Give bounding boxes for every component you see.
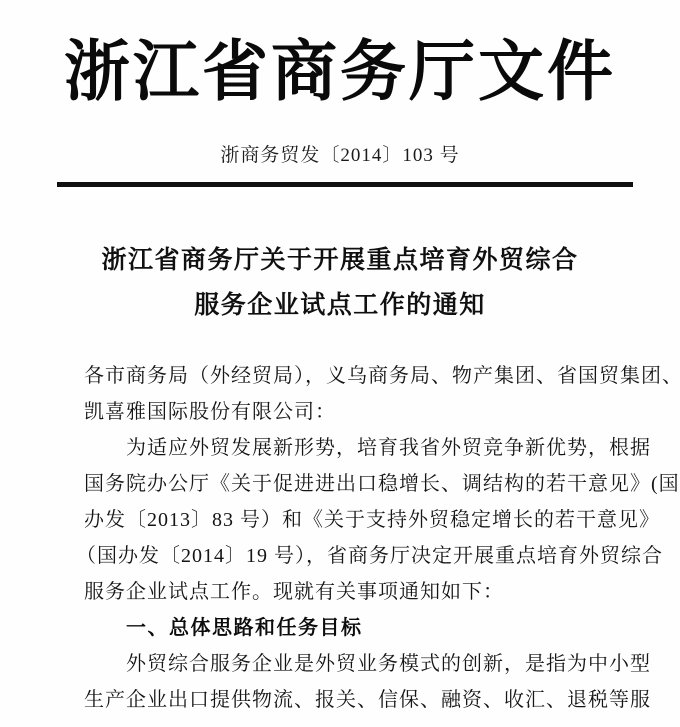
document-title-line-2: 服务企业试点工作的通知 xyxy=(0,283,680,328)
body-line-paragraph1-4: （国办发〔2014〕19 号），省商务厅决定开展重点培育外贸综合 xyxy=(76,538,636,574)
body-line-paragraph1-5: 服务企业试点工作。现就有关事项通知如下： xyxy=(84,574,636,610)
document-title: 浙江省商务厅关于开展重点培育外贸综合 服务企业试点工作的通知 xyxy=(0,238,680,328)
body-section-heading-1: 一、总体思路和任务目标 xyxy=(84,610,636,646)
scanned-document-page: 浙江省商务厅文件 浙商务贸发〔2014〕103 号 浙江省商务厅关于开展重点培育… xyxy=(0,0,680,727)
body-line-paragraph1-1: 为适应外贸发展新形势，培育我省外贸竞争新优势，根据 xyxy=(84,430,636,466)
body-line-paragraph2-1: 外贸综合服务企业是外贸业务模式的创新，是指为中小型 xyxy=(84,646,636,682)
document-title-line-1: 浙江省商务厅关于开展重点培育外贸综合 xyxy=(0,238,680,283)
body-line-paragraph2-2: 生产企业出口提供物流、报关、信保、融资、收汇、退税等服 xyxy=(84,682,636,718)
letterhead-divider-rule xyxy=(57,182,633,187)
body-line-paragraph1-2: 国务院办公厅《关于促进进出口稳增长、调结构的若干意见》(国 xyxy=(84,466,636,502)
body-line-addressee-1: 各市商务局（外经贸局），义乌商务局、物产集团、省国贸集团、 xyxy=(84,358,636,394)
document-body: 各市商务局（外经贸局），义乌商务局、物产集团、省国贸集团、 凯喜雅国际股份有限公… xyxy=(84,358,636,718)
letterhead-org-title: 浙江省商务厅文件 xyxy=(0,18,680,113)
document-reference-number: 浙商务贸发〔2014〕103 号 xyxy=(0,140,680,167)
body-line-paragraph1-3: 办发〔2013〕83 号）和《关于支持外贸稳定增长的若干意见》 xyxy=(84,502,636,538)
body-line-addressee-2: 凯喜雅国际股份有限公司： xyxy=(84,394,636,430)
